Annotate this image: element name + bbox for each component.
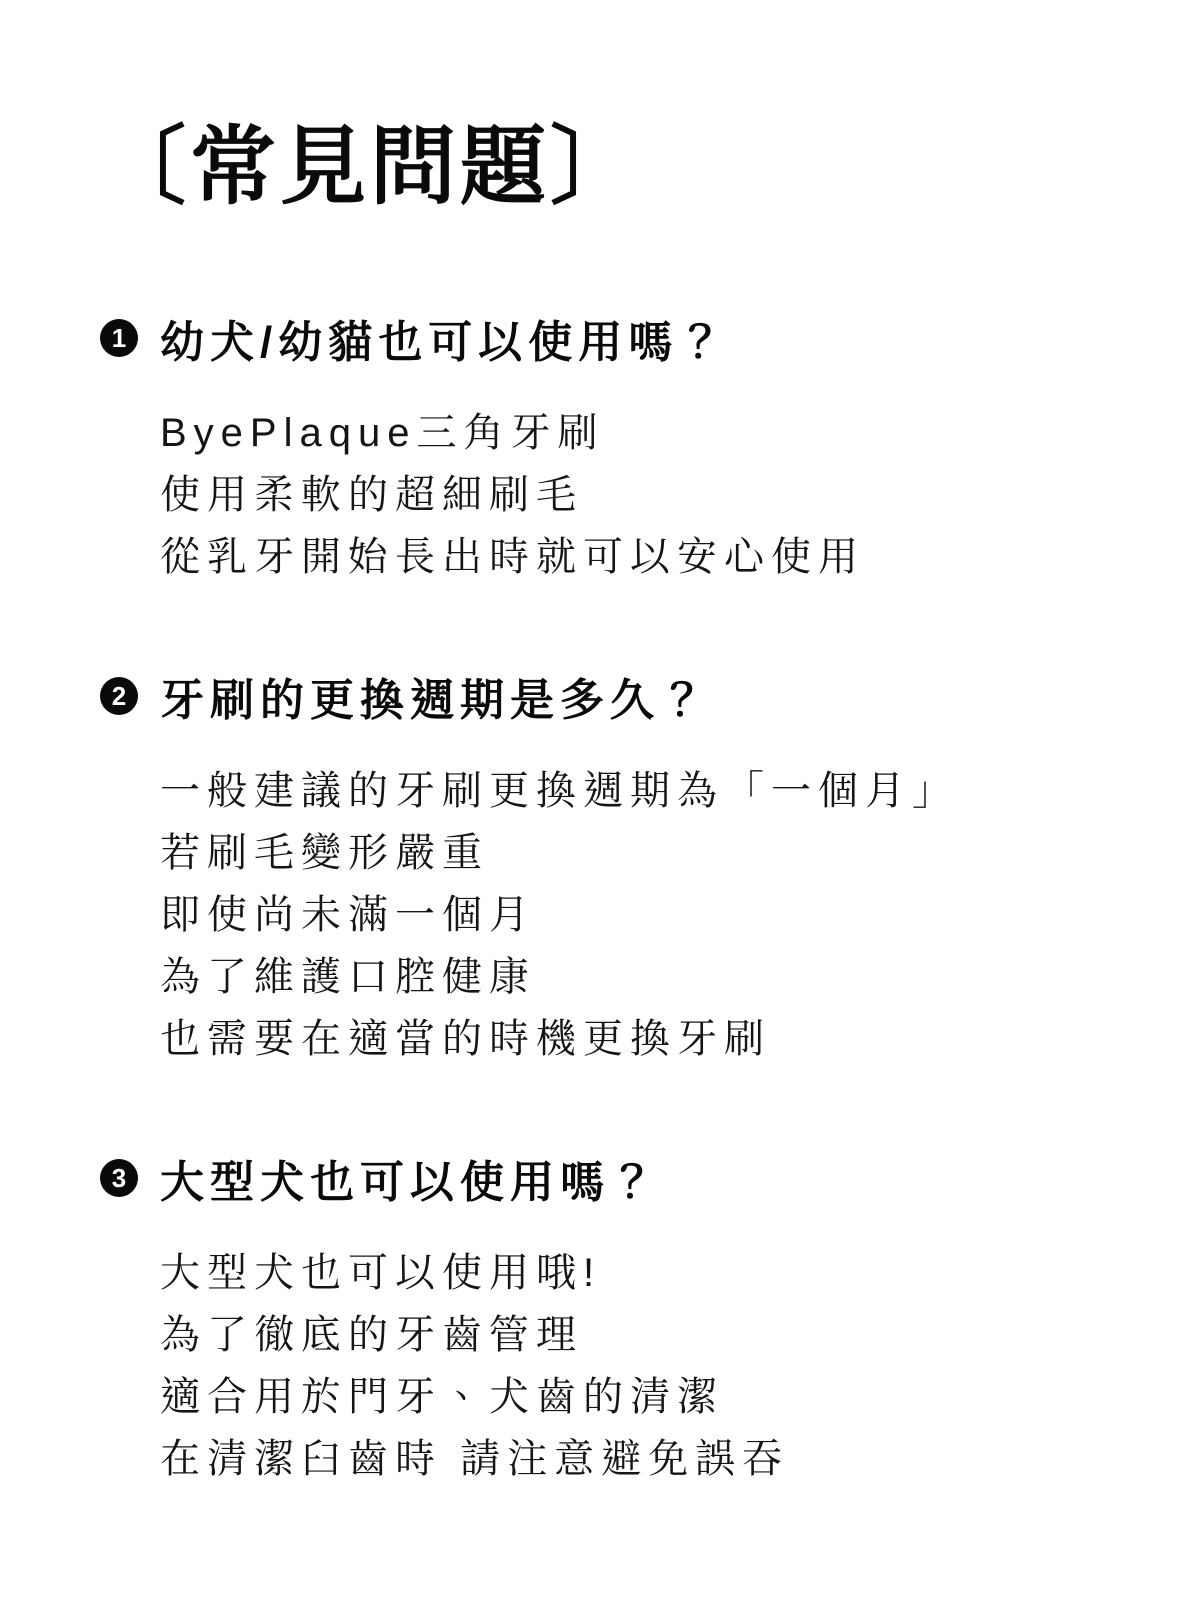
faq-page: 〔常見問題〕 1 幼犬/幼貓也可以使用嗎？ ByePlaque三角牙刷 使用柔軟… [0, 0, 1201, 1598]
answer-line: 從乳牙開始長出時就可以安心使用 [160, 526, 1151, 588]
question-row: 1 幼犬/幼貓也可以使用嗎？ [100, 306, 1151, 370]
answer-block: 大型犬也可以使用哦! 為了徹底的牙齒管理 適合用於門牙、犬齒的清潔 在清潔臼齒時… [100, 1242, 1151, 1490]
answer-block: ByePlaque三角牙刷 使用柔軟的超細刷毛 從乳牙開始長出時就可以安心使用 [100, 402, 1151, 588]
answer-line: 也需要在適當的時機更換牙刷 [160, 1008, 1151, 1070]
question-number-badge: 3 [100, 1159, 138, 1197]
question-text: 幼犬/幼貓也可以使用嗎？ [160, 306, 728, 370]
answer-line: 為了維護口腔健康 [160, 946, 1151, 1008]
answer-line: 為了徹底的牙齒管理 [160, 1304, 1151, 1366]
faq-item-3: 3 大型犬也可以使用嗎？ 大型犬也可以使用哦! 為了徹底的牙齒管理 適合用於門牙… [100, 1146, 1151, 1490]
question-text: 大型犬也可以使用嗎？ [160, 1146, 660, 1210]
answer-line: 在清潔臼齒時 請注意避免誤吞 [160, 1428, 1151, 1490]
question-row: 2 牙刷的更換週期是多久？ [100, 664, 1151, 728]
answer-line: ByePlaque三角牙刷 [160, 402, 1151, 464]
answer-line: 適合用於門牙、犬齒的清潔 [160, 1366, 1151, 1428]
answer-line: 即使尚未滿一個月 [160, 884, 1151, 946]
faq-item-2: 2 牙刷的更換週期是多久？ 一般建議的牙刷更換週期為「一個月」 若刷毛變形嚴重 … [100, 664, 1151, 1070]
answer-line: 若刷毛變形嚴重 [160, 822, 1151, 884]
question-number-badge: 2 [100, 677, 138, 715]
answer-line: 一般建議的牙刷更換週期為「一個月」 [160, 760, 1151, 822]
question-number-badge: 1 [100, 319, 138, 357]
answer-line: 使用柔軟的超細刷毛 [160, 464, 1151, 526]
question-text: 牙刷的更換週期是多久？ [160, 664, 710, 728]
answer-block: 一般建議的牙刷更換週期為「一個月」 若刷毛變形嚴重 即使尚未滿一個月 為了維護口… [100, 760, 1151, 1070]
answer-line: 大型犬也可以使用哦! [160, 1242, 1151, 1304]
faq-item-1: 1 幼犬/幼貓也可以使用嗎？ ByePlaque三角牙刷 使用柔軟的超細刷毛 從… [100, 306, 1151, 588]
page-title: 〔常見問題〕 [100, 122, 1151, 212]
question-row: 3 大型犬也可以使用嗎？ [100, 1146, 1151, 1210]
